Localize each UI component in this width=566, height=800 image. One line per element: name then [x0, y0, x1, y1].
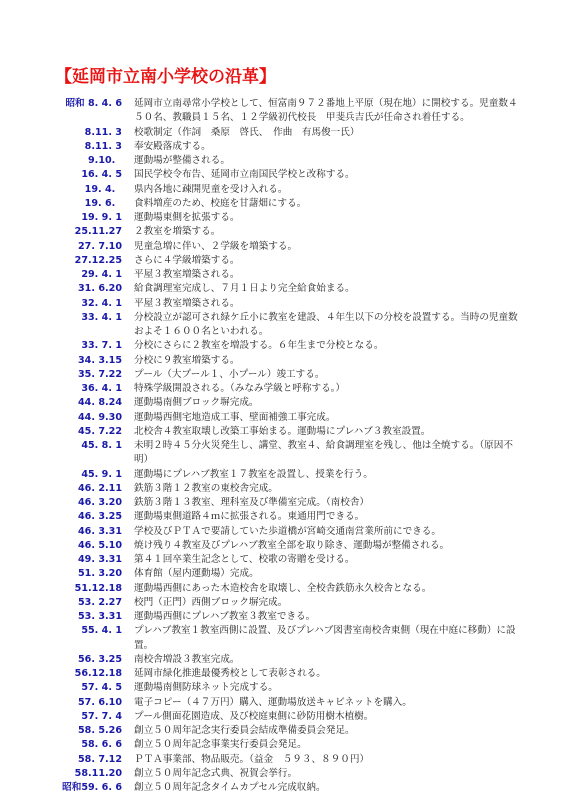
- entry-date: 44. 8.24: [40, 396, 134, 410]
- entry-date: 33. 4. 1: [40, 311, 134, 340]
- entry-date: 57. 7. 4: [40, 710, 134, 724]
- entry-text: 国民学校令布告、延岡市立南国民学校と改称する。: [134, 168, 520, 182]
- entry-date: 33. 7. 1: [40, 339, 134, 353]
- entry-text: ２教室を増築する。: [134, 225, 520, 239]
- entry-text: 運動場西側にあった木造校舎を取壊し、全校舎鉄筋永久校舎となる。: [134, 582, 520, 596]
- entry-text: 平屋３教室増築される。: [134, 297, 520, 311]
- history-entry: 58. 6. 6創立５０周年記念事業実行委員会発足。: [40, 738, 520, 752]
- entry-text: 運動場にプレハブ教室１７教室を設置し、授業を行う。: [134, 468, 520, 482]
- entry-date: 31. 6.20: [40, 282, 134, 296]
- entry-text: 運動場西側にプレハブ教室３教室できる。: [134, 610, 520, 624]
- entry-date: 51.12.18: [40, 582, 134, 596]
- history-entry: 昭和59. 6. 6創立５０周年記念タイムカプセル完成収納。: [40, 781, 520, 795]
- entry-text: 県内各地に疎開児童を受け入れる。: [134, 183, 520, 197]
- entry-text: 未明２時４５分火災発生し、講堂、教室４、給食調理室を残し、他は全焼する。（原因不…: [134, 439, 520, 468]
- history-entry: 44. 9.30運動場西側宅地造成工事、壁面補強工事完成。: [40, 411, 520, 425]
- entry-text: 特殊学級開設される。（みなみ学級と呼称する。）: [134, 382, 520, 396]
- entry-text: 運動場東側道路４ｍに拡張される。東通用門できる。: [134, 510, 520, 524]
- history-entry: 35. 7.22プール（大プール１、小プール）竣工する。: [40, 368, 520, 382]
- history-entry: 56.12.18延岡市緑化推進最優秀校として表彰される。: [40, 667, 520, 681]
- entry-date: 58. 7.12: [40, 753, 134, 767]
- history-entry: 33. 7. 1分校にさらに２教室を増設する。６年生まで分校となる。: [40, 339, 520, 353]
- entry-date: 58.11.20: [40, 767, 134, 781]
- entry-text: 分校にさらに２教室を増設する。６年生まで分校となる。: [134, 339, 520, 353]
- entry-date: 19. 4.: [40, 183, 134, 197]
- entry-text: 第４１回卒業生記念として、校歌の寄贈を受ける。: [134, 553, 520, 567]
- entry-date: 45. 7.22: [40, 425, 134, 439]
- entry-date: 46. 5.10: [40, 539, 134, 553]
- entry-text: 延岡市立南尋常小学校として、恒富南９７２番地上平原（現在地）に開校する。児童数４…: [134, 97, 520, 126]
- entry-text: 焼け残り４教室及びプレハブ教室全部を取り除き、運動場が整備される。: [134, 539, 520, 553]
- entry-text: 創立５０周年記念タイムカプセル完成収納。: [134, 781, 520, 795]
- entry-text: 運動場が整備される。: [134, 154, 520, 168]
- history-entry: 19. 4. 県内各地に疎開児童を受け入れる。: [40, 183, 520, 197]
- entry-date: 27. 7.10: [40, 240, 134, 254]
- entry-date: 35. 7.22: [40, 368, 134, 382]
- history-entry: 45. 8. 1未明２時４５分火災発生し、講堂、教室４、給食調理室を残し、他は全…: [40, 439, 520, 468]
- entry-date: 44. 9.30: [40, 411, 134, 425]
- history-entry: 16. 4. 5国民学校令布告、延岡市立南国民学校と改称する。: [40, 168, 520, 182]
- entry-text: 校門（正門）西側ブロック塀完成。: [134, 596, 520, 610]
- entry-date: 51. 3.20: [40, 567, 134, 581]
- entry-date: 56.12.18: [40, 667, 134, 681]
- history-entry: 57. 4. 5運動場南側防球ネット完成する。: [40, 681, 520, 695]
- entry-text: 運動場西側宅地造成工事、壁面補強工事完成。: [134, 411, 520, 425]
- history-entry: 57. 7. 4プール側面花園造成、及び校庭東側に砂防用樹木植樹。: [40, 710, 520, 724]
- entry-date: 34. 3.15: [40, 354, 134, 368]
- entry-text: プール側面花園造成、及び校庭東側に砂防用樹木植樹。: [134, 710, 520, 724]
- entry-date: 29. 4. 1: [40, 268, 134, 282]
- history-entry: 49. 3.31第４１回卒業生記念として、校歌の寄贈を受ける。: [40, 553, 520, 567]
- entry-date: 16. 4. 5: [40, 168, 134, 182]
- history-list: 昭和 8. 4. 6延岡市立南尋常小学校として、恒富南９７２番地上平原（現在地）…: [40, 97, 520, 795]
- entry-text: 児童急増に伴い、２学級を増築する。: [134, 240, 520, 254]
- entry-date: 57. 4. 5: [40, 681, 134, 695]
- entry-text: 創立５０周年記念式典、祝賀会挙行。: [134, 767, 520, 781]
- entry-text: 運動場南側ブロック塀完成。: [134, 396, 520, 410]
- entry-date: 27.12.25: [40, 254, 134, 268]
- history-entry: 55. 4. 1プレハブ教室１教室西側に設置、及びプレハブ図書室南校舎東側（現在…: [40, 624, 520, 653]
- history-entry: 57. 6.10電子コピー（４７万円）購入、運動場放送キャビネットを購入。: [40, 696, 520, 710]
- history-entry: 29. 4. 1平屋３教室増築される。: [40, 268, 520, 282]
- entry-date: 8.11. 3: [40, 140, 134, 154]
- entry-date: 36. 4. 1: [40, 382, 134, 396]
- history-entry: 9.10. 運動場が整備される。: [40, 154, 520, 168]
- entry-date: 46. 3.31: [40, 525, 134, 539]
- history-entry: 58.11.20創立５０周年記念式典、祝賀会挙行。: [40, 767, 520, 781]
- entry-date: 57. 6.10: [40, 696, 134, 710]
- history-entry: 56. 3.25南校舎増設３教室完成。: [40, 653, 520, 667]
- entry-text: 鉄筋３階１３教室、理科室及び準備室完成。（南校舎）: [134, 496, 520, 510]
- history-entry: 8.11. 3奉安殿落成する。: [40, 140, 520, 154]
- entry-date: 55. 4. 1: [40, 624, 134, 653]
- history-entry: 51. 3.20体育館（屋内運動場）完成。: [40, 567, 520, 581]
- entry-date: 53. 3.31: [40, 610, 134, 624]
- history-entry: 34. 3.15分校に９教室増築する。: [40, 354, 520, 368]
- entry-text: ＰＴＡ事業部、物品販売。（益金 ５９３、８９０円）: [134, 753, 520, 767]
- entry-text: 延岡市緑化推進最優秀校として表彰される。: [134, 667, 520, 681]
- entry-date: 46. 3.25: [40, 510, 134, 524]
- entry-text: 体育館（屋内運動場）完成。: [134, 567, 520, 581]
- history-entry: 36. 4. 1特殊学級開設される。（みなみ学級と呼称する。）: [40, 382, 520, 396]
- history-entry: 44. 8.24運動場南側ブロック塀完成。: [40, 396, 520, 410]
- history-entry: 32. 4. 1平屋３教室増築される。: [40, 297, 520, 311]
- history-entry: 27. 7.10児童急増に伴い、２学級を増築する。: [40, 240, 520, 254]
- history-entry: 46. 2.11鉄筋３階１２教室の東校舎完成。: [40, 482, 520, 496]
- entry-date: 53. 2.27: [40, 596, 134, 610]
- history-entry: 25.11.27２教室を増築する。: [40, 225, 520, 239]
- history-entry: 46. 5.10焼け残り４教室及びプレハブ教室全部を取り除き、運動場が整備される…: [40, 539, 520, 553]
- entry-text: 平屋３教室増築される。: [134, 268, 520, 282]
- entry-date: 25.11.27: [40, 225, 134, 239]
- entry-text: 運動場東側を拡張する。: [134, 211, 520, 225]
- entry-date: 昭和 8. 4. 6: [40, 97, 134, 126]
- entry-text: 奉安殿落成する。: [134, 140, 520, 154]
- entry-text: 電子コピー（４７万円）購入、運動場放送キャビネットを購入。: [134, 696, 520, 710]
- history-entry: 58. 5.26創立５０周年記念実行委員会結成準備委員会発足。: [40, 724, 520, 738]
- history-entry: 45. 9. 1運動場にプレハブ教室１７教室を設置し、授業を行う。: [40, 468, 520, 482]
- entry-date: 46. 2.11: [40, 482, 134, 496]
- entry-date: 19. 9. 1: [40, 211, 134, 225]
- entry-text: プレハブ教室１教室西側に設置、及びプレハブ図書室南校舎東側（現在中庭に移動）に設…: [134, 624, 520, 653]
- entry-text: さらに４学級増築する。: [134, 254, 520, 268]
- entry-date: 32. 4. 1: [40, 297, 134, 311]
- entry-date: 46. 3.20: [40, 496, 134, 510]
- history-entry: 58. 7.12ＰＴＡ事業部、物品販売。（益金 ５９３、８９０円）: [40, 753, 520, 767]
- page-title: 【延岡市立南小学校の沿革】: [55, 62, 276, 87]
- entry-text: 給食調理室完成し、７月１日より完全給食始まる。: [134, 282, 520, 296]
- entry-date: 49. 3.31: [40, 553, 134, 567]
- history-entry: 53. 3.31運動場西側にプレハブ教室３教室できる。: [40, 610, 520, 624]
- entry-date: 9.10.: [40, 154, 134, 168]
- entry-text: 南校舎増設３教室完成。: [134, 653, 520, 667]
- entry-text: 運動場南側防球ネット完成する。: [134, 681, 520, 695]
- entry-text: プール（大プール１、小プール）竣工する。: [134, 368, 520, 382]
- entry-text: 創立５０周年記念実行委員会結成準備委員会発足。: [134, 724, 520, 738]
- history-entry: 46. 3.25運動場東側道路４ｍに拡張される。東通用門できる。: [40, 510, 520, 524]
- entry-text: 鉄筋３階１２教室の東校舎完成。: [134, 482, 520, 496]
- entry-text: 分校設立が認可され緑ケ丘小に教室を建設、４年生以下の分校を設置する。当時の児童数…: [134, 311, 520, 340]
- history-entry: 昭和 8. 4. 6延岡市立南尋常小学校として、恒富南９７２番地上平原（現在地）…: [40, 97, 520, 126]
- history-entry: 19. 9. 1運動場東側を拡張する。: [40, 211, 520, 225]
- entry-text: 分校に９教室増築する。: [134, 354, 520, 368]
- history-entry: 33. 4. 1分校設立が認可され緑ケ丘小に教室を建設、４年生以下の分校を設置す…: [40, 311, 520, 340]
- entry-date: 58. 6. 6: [40, 738, 134, 752]
- history-entry: 46. 3.20鉄筋３階１３教室、理科室及び準備室完成。（南校舎）: [40, 496, 520, 510]
- history-entry: 27.12.25さらに４学級増築する。: [40, 254, 520, 268]
- history-entry: 31. 6.20給食調理室完成し、７月１日より完全給食始まる。: [40, 282, 520, 296]
- entry-date: 19. 6.: [40, 197, 134, 211]
- entry-text: 学校及びＰＴＡで要請していた歩道橋が宮崎交通南営業所前にできる。: [134, 525, 520, 539]
- history-entry: 8.11. 3校歌制定（作詞 桑原 啓氏、 作曲 有馬俊一氏）: [40, 126, 520, 140]
- entry-date: 45. 8. 1: [40, 439, 134, 468]
- entry-date: 8.11. 3: [40, 126, 134, 140]
- entry-text: 食料増産のため、校庭を甘藷畑にする。: [134, 197, 520, 211]
- history-entry: 19. 6. 食料増産のため、校庭を甘藷畑にする。: [40, 197, 520, 211]
- entry-text: 北校舎４教室取壊し改築工事始まる。運動場にプレハブ３教室設置。: [134, 425, 520, 439]
- entry-text: 創立５０周年記念事業実行委員会発足。: [134, 738, 520, 752]
- entry-text: 校歌制定（作詞 桑原 啓氏、 作曲 有馬俊一氏）: [134, 126, 520, 140]
- history-entry: 53. 2.27校門（正門）西側ブロック塀完成。: [40, 596, 520, 610]
- entry-date: 56. 3.25: [40, 653, 134, 667]
- entry-date: 58. 5.26: [40, 724, 134, 738]
- entry-date: 昭和59. 6. 6: [40, 781, 134, 795]
- history-entry: 45. 7.22北校舎４教室取壊し改築工事始まる。運動場にプレハブ３教室設置。: [40, 425, 520, 439]
- history-entry: 46. 3.31学校及びＰＴＡで要請していた歩道橋が宮崎交通南営業所前にできる。: [40, 525, 520, 539]
- history-entry: 51.12.18運動場西側にあった木造校舎を取壊し、全校舎鉄筋永久校舎となる。: [40, 582, 520, 596]
- entry-date: 45. 9. 1: [40, 468, 134, 482]
